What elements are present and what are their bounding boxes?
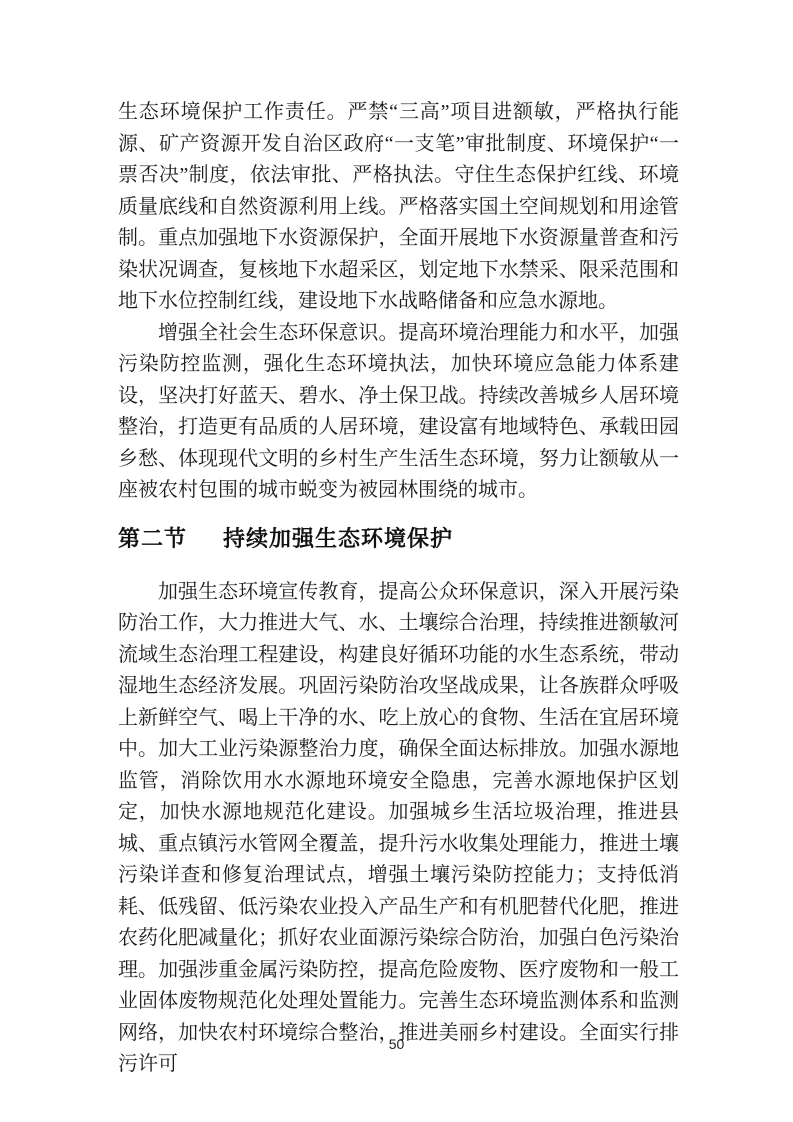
document-page: 生态环境保护工作责任。严禁“三高”项目进额敏，严格执行能源、矿产资源开发自治区政… [0, 0, 793, 1122]
page-body: 生态环境保护工作责任。严禁“三高”项目进额敏，严格执行能源、矿产资源开发自治区政… [118, 97, 679, 1081]
page-number: 50 [389, 1036, 405, 1052]
section-heading-title: 持续加强生态环境保护 [223, 526, 453, 551]
section-heading-label: 第二节 [118, 526, 187, 551]
paragraph-environment-protection: 加强生态环境宣传教育，提高公众环保意识，深入开展污染防治工作，大力推进大气、水、… [118, 577, 679, 1081]
section-heading: 第二节持续加强生态环境保护 [118, 524, 679, 554]
paragraph-continuation-responsibility: 生态环境保护工作责任。严禁“三高”项目进额敏，严格执行能源、矿产资源开发自治区政… [118, 97, 679, 318]
page-footer: 50 [0, 1036, 793, 1054]
paragraph-environment-awareness: 增强全社会生态环保意识。提高环境治理能力和水平，加强污染防控监测，强化生态环境执… [118, 318, 679, 507]
